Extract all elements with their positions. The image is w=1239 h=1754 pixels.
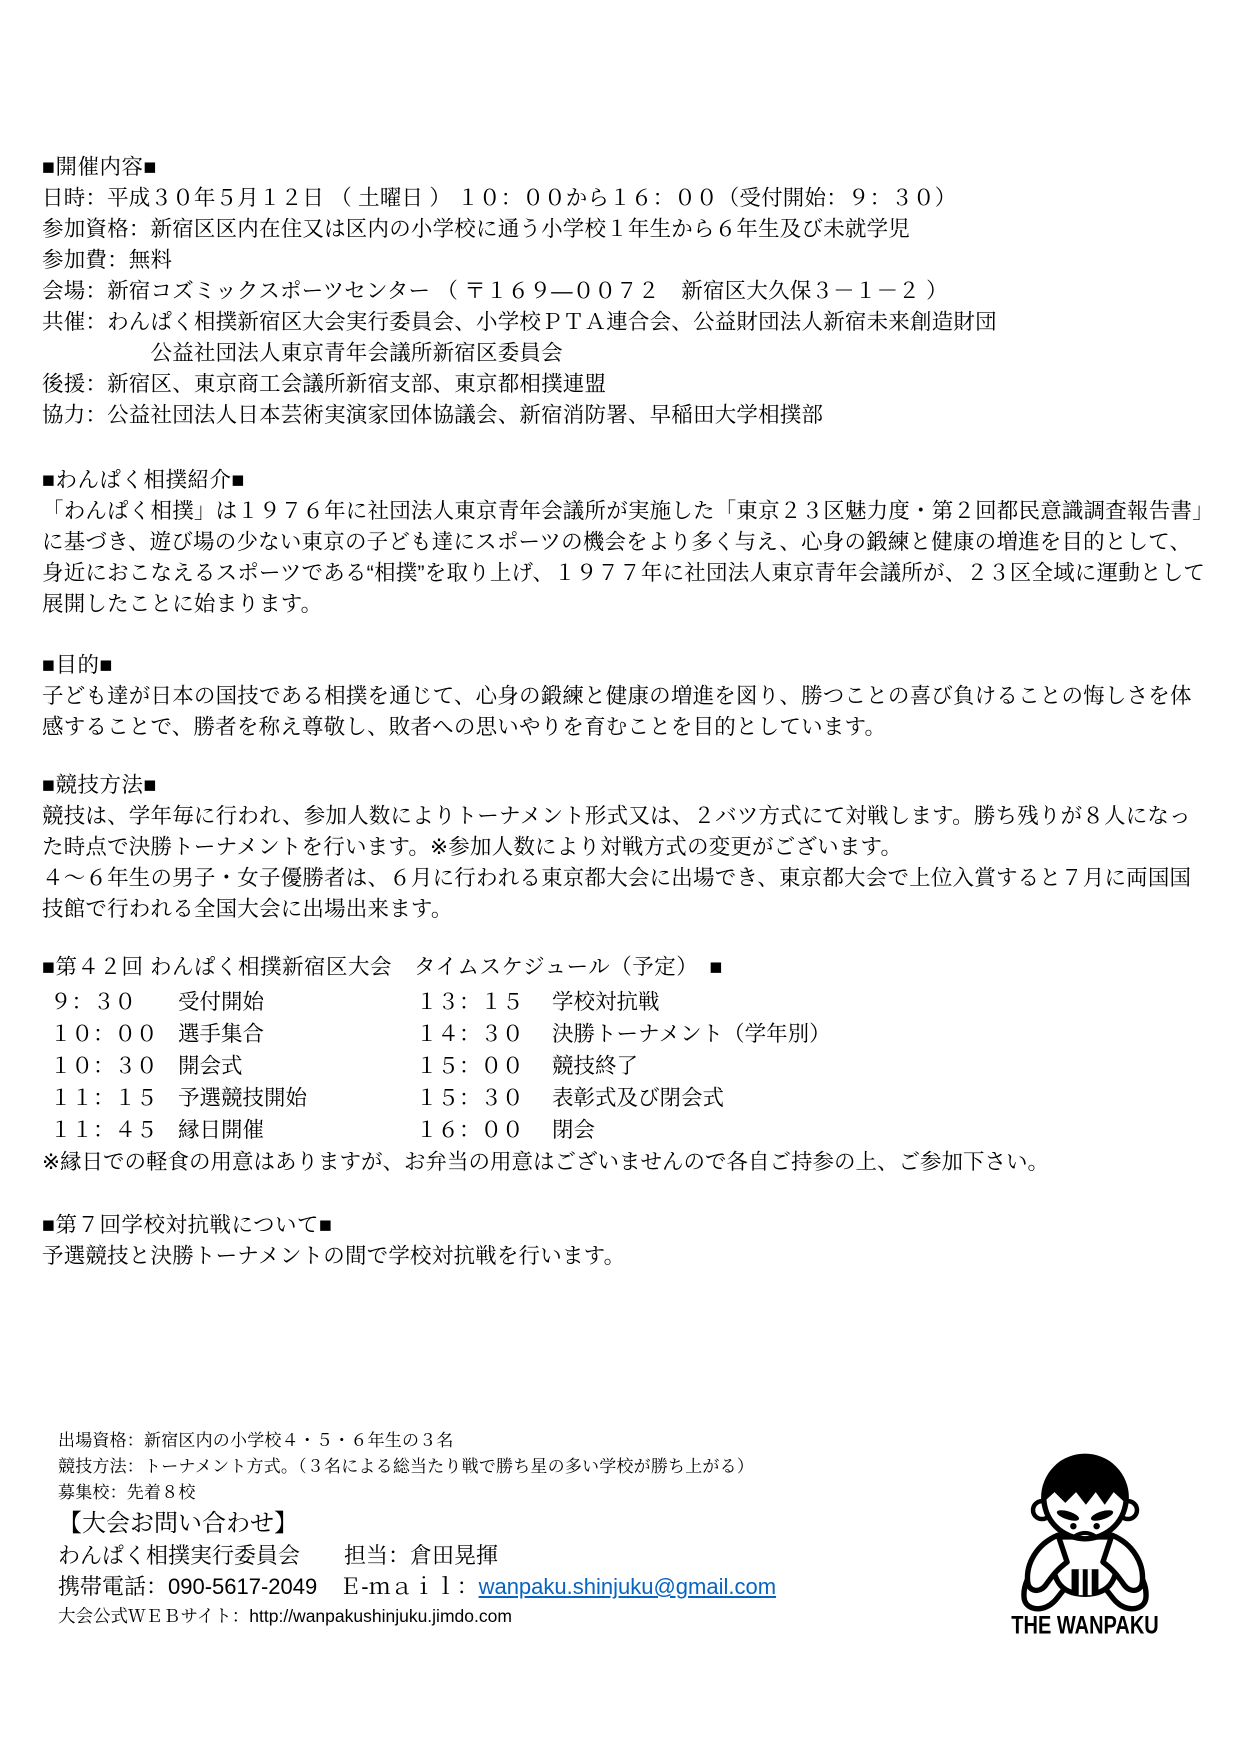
schedule-time: １３：１５	[416, 986, 552, 1018]
schedule-event: 競技終了	[552, 1050, 1207, 1082]
schedule-time: １０：００	[50, 1018, 178, 1050]
schedule-event: 縁日開催	[178, 1114, 416, 1146]
schedule-event: 予選競技開始	[178, 1082, 416, 1114]
schedule-row: １１：１５ 予選競技開始 １５：３０ 表彰式及び閉会式	[42, 1082, 1207, 1114]
schedule-table: ９：３０ 受付開始 １３：１５ 学校対抗戦 １０：００ 選手集合 １４：３０ 決…	[42, 986, 1207, 1146]
schedule-time: １１：４５	[50, 1114, 178, 1146]
schedule-event: 受付開始	[178, 986, 416, 1018]
purpose-paragraph: 子ども達が日本の国技である相撲を通じて、心身の鍛練と健康の増進を図り、勝つことの…	[42, 681, 1207, 743]
flyer-page: ■開催内容■ 日時：平成３０年５月１２日 （ 土曜日 ） １０：００から１６：０…	[0, 0, 1239, 1754]
introduction-paragraph: 「わんぱく相撲」は１９７６年に社団法人東京青年会議所が実施した「東京２３区魅力度…	[42, 496, 1207, 620]
school-match-paragraph: 予選競技と決勝トーナメントの間で学校対抗戦を行います。	[42, 1241, 1207, 1272]
email-link[interactable]: wanpaku.shinjuku@gmail.com	[479, 1574, 776, 1599]
detail-line-cohost2: 公益社団法人東京青年会議所新宿区委員会	[42, 338, 1207, 369]
section-school-match: ■第７回学校対抗戦について■ 予選競技と決勝トーナメントの間で学校対抗戦を行いま…	[42, 1210, 1207, 1272]
section-competition-rules: ■競技方法■ 競技は、学年毎に行われ、参加人数によりトーナメント形式又は、２バツ…	[42, 770, 1207, 925]
rules-paragraph-1: 競技は、学年毎に行われ、参加人数によりトーナメント形式又は、２バツ方式にて対戦し…	[42, 801, 1207, 863]
section-heading: ■目的■	[42, 650, 1207, 681]
section-introduction: ■わんぱく相撲紹介■ 「わんぱく相撲」は１９７６年に社団法人東京青年会議所が実施…	[42, 465, 1207, 620]
section-heading: ■わんぱく相撲紹介■	[42, 465, 1207, 496]
logo-caption: THE WANPAKU	[1000, 1612, 1170, 1641]
section-heading: ■開催内容■	[42, 152, 1207, 183]
schedule-event: 学校対抗戦	[552, 986, 1207, 1018]
schedule-time: １６：００	[416, 1114, 552, 1146]
section-time-schedule: ■第４２回 わんぱく相撲新宿区大会 タイムスケジュール（予定） ■ ９：３０ 受…	[42, 952, 1207, 1178]
section-heading: ■第７回学校対抗戦について■	[42, 1210, 1207, 1241]
schedule-row: １０：３０ 開会式 １５：００ 競技終了	[42, 1050, 1207, 1082]
schedule-time: １１：１５	[50, 1082, 178, 1114]
rules-paragraph-2: ４～６年生の男子・女子優勝者は、６月に行われる東京都大会に出場でき、東京都大会で…	[42, 863, 1207, 925]
schedule-event: 決勝トーナメント（学年別）	[552, 1018, 1207, 1050]
detail-line-eligibility: 参加資格：新宿区区内在住又は区内の小学校に通う小学校１年生から６年生及び未就学児	[42, 214, 1207, 245]
section-heading: ■競技方法■	[42, 770, 1207, 801]
schedule-event: 開会式	[178, 1050, 416, 1082]
phone-email-label: 携帯電話：090-5617-2049 Ｅ-ｍａｉｌ：	[58, 1574, 479, 1599]
detail-line-support: 後援：新宿区、東京商工会議所新宿支部、東京都相撲連盟	[42, 369, 1207, 400]
section-event-details: ■開催内容■ 日時：平成３０年５月１２日 （ 土曜日 ） １０：００から１６：０…	[42, 152, 1207, 431]
schedule-note: ※縁日での軽食の用意はありますが、お弁当の用意はございませんので各自ご持参の上、…	[42, 1146, 1207, 1178]
schedule-row: １１：４５ 縁日開催 １６：００ 閉会	[42, 1114, 1207, 1146]
detail-line-fee: 参加費：無料	[42, 245, 1207, 276]
sumo-mascot-icon	[1004, 1442, 1166, 1614]
detail-line-datetime: 日時：平成３０年５月１２日 （ 土曜日 ） １０：００から１６：００（受付開始：…	[42, 183, 1207, 214]
wanpaku-logo: THE WANPAKU	[1000, 1442, 1170, 1635]
schedule-event: 選手集合	[178, 1018, 416, 1050]
section-heading: ■第４２回 わんぱく相撲新宿区大会 タイムスケジュール（予定） ■	[42, 952, 1207, 983]
schedule-row: ９：３０ 受付開始 １３：１５ 学校対抗戦	[42, 986, 1207, 1018]
schedule-time: １０：３０	[50, 1050, 178, 1082]
schedule-time: １５：３０	[416, 1082, 552, 1114]
detail-line-cooperation: 協力：公益社団法人日本芸術実演家団体協議会、新宿消防署、早稲田大学相撲部	[42, 400, 1207, 431]
detail-line-cohost: 共催：わんぱく相撲新宿区大会実行委員会、小学校ＰＴＡ連合会、公益財団法人新宿未来…	[42, 307, 1207, 338]
schedule-time: ９：３０	[50, 986, 178, 1018]
detail-line-venue: 会場：新宿コズミックスポーツセンター （ 〒１６９―００７２ 新宿区大久保３－１…	[42, 276, 1207, 307]
schedule-event: 表彰式及び閉会式	[552, 1082, 1207, 1114]
schedule-time: １４：３０	[416, 1018, 552, 1050]
schedule-time: １５：００	[416, 1050, 552, 1082]
schedule-row: １０：００ 選手集合 １４：３０ 決勝トーナメント（学年別）	[42, 1018, 1207, 1050]
section-purpose: ■目的■ 子ども達が日本の国技である相撲を通じて、心身の鍛練と健康の増進を図り、…	[42, 650, 1207, 743]
schedule-event: 閉会	[552, 1114, 1207, 1146]
